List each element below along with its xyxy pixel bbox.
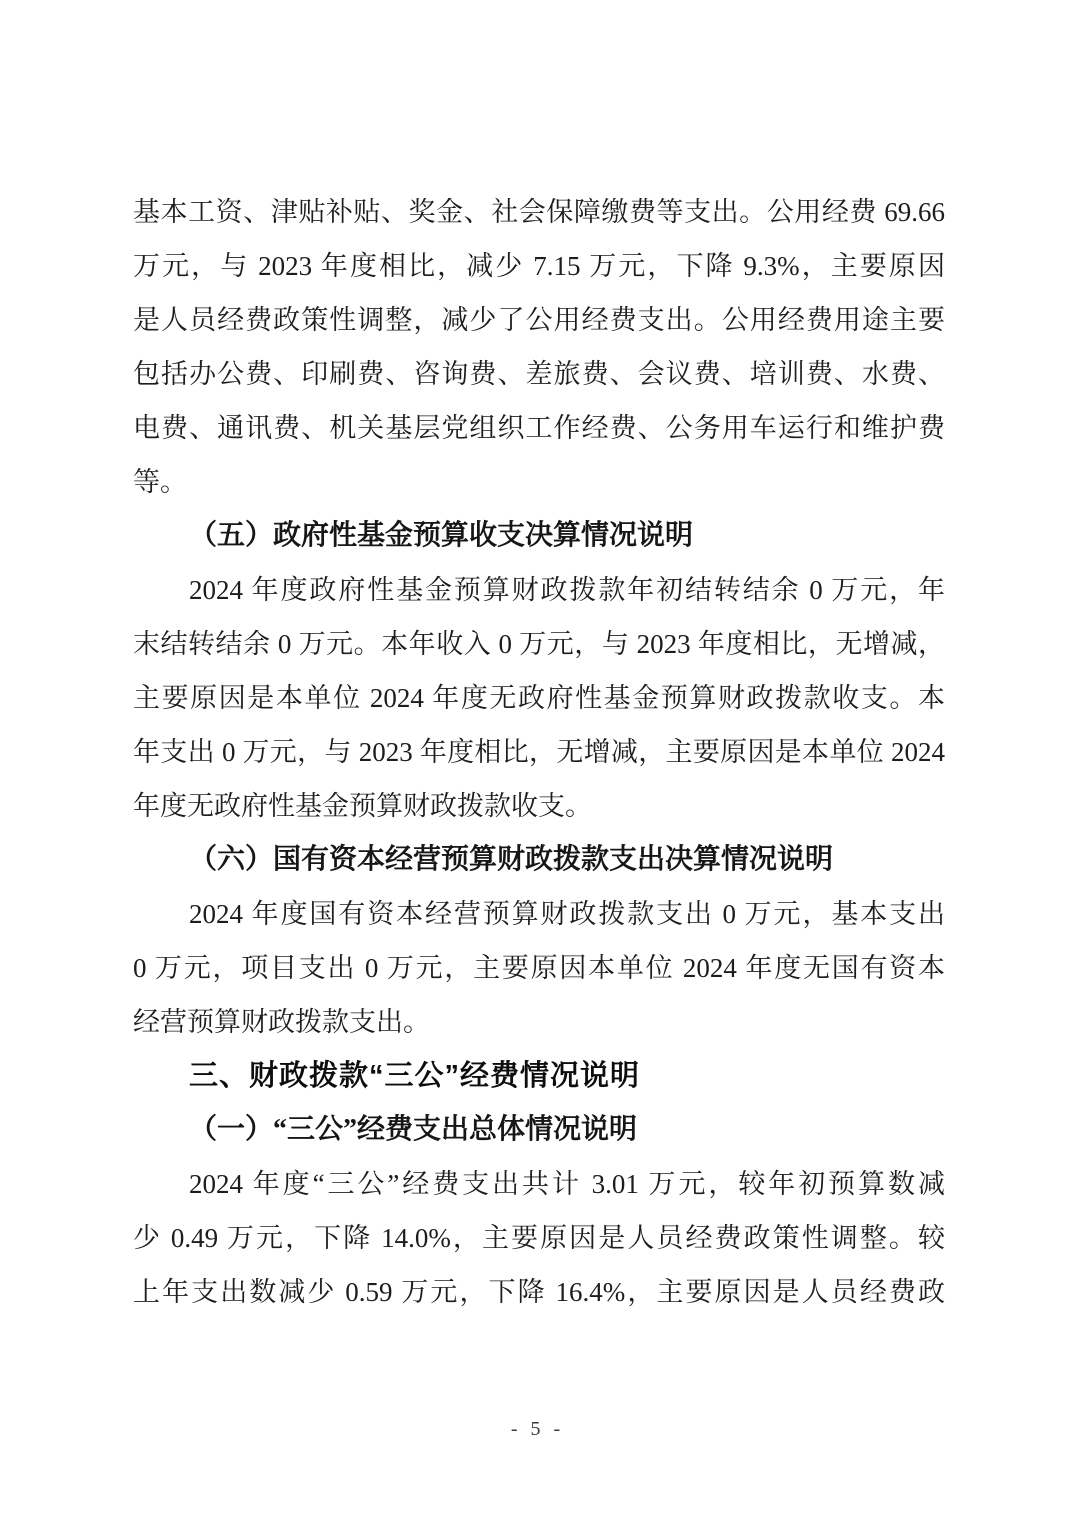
text-line: 基本工资、津贴补贴、奖金、社会保障缴费等支出。公用经费 69.66 [133,185,945,239]
text-line: 0 万元，项目支出 0 万元，主要原因本单位 2024 年度无国有资本 [133,941,945,995]
text-line: 年度无政府性基金预算财政拨款收支。 [133,779,945,833]
text-line: 主要原因是本单位 2024 年度无政府性基金预算财政拨款收支。本 [133,671,945,725]
text-line: 2024 年度国有资本经营预算财政拨款支出 0 万元，基本支出 [133,887,945,941]
text-line: 是人员经费政策性调整，减少了公用经费支出。公用经费用途主要 [133,293,945,347]
text-line: 2024 年度“三公”经费支出共计 3.01 万元，较年初预算数减 [133,1157,945,1211]
document-body: 基本工资、津贴补贴、奖金、社会保障缴费等支出。公用经费 69.66万元，与 20… [133,185,945,1319]
section-heading: 三、财政拨款“三公”经费情况说明 [133,1049,945,1103]
text-line: 年支出 0 万元，与 2023 年度相比，无增减，主要原因是本单位 2024 [133,725,945,779]
section-heading: （六）国有资本经营预算财政拨款支出决算情况说明 [133,833,945,887]
text-line: 万元，与 2023 年度相比，减少 7.15 万元，下降 9.3%，主要原因 [133,239,945,293]
text-line: 等。 [133,455,945,509]
document-page: 基本工资、津贴补贴、奖金、社会保障缴费等支出。公用经费 69.66万元，与 20… [0,0,1075,1520]
text-line: 经营预算财政拨款支出。 [133,995,945,1049]
text-line: 2024 年度政府性基金预算财政拨款年初结转结余 0 万元，年 [133,563,945,617]
text-line: 上年支出数减少 0.59 万元，下降 16.4%，主要原因是人员经费政 [133,1265,945,1319]
text-line: 末结转结余 0 万元。本年收入 0 万元，与 2023 年度相比，无增减， [133,617,945,671]
section-heading: （五）政府性基金预算收支决算情况说明 [133,509,945,563]
text-line: 电费、通讯费、机关基层党组织工作经费、公务用车运行和维护费 [133,401,945,455]
text-line: 少 0.49 万元，下降 14.0%，主要原因是人员经费政策性调整。较 [133,1211,945,1265]
text-line: 包括办公费、印刷费、咨询费、差旅费、会议费、培训费、水费、 [133,347,945,401]
page-number: - 5 - [0,1418,1075,1441]
section-heading: （一）“三公”经费支出总体情况说明 [133,1103,945,1157]
